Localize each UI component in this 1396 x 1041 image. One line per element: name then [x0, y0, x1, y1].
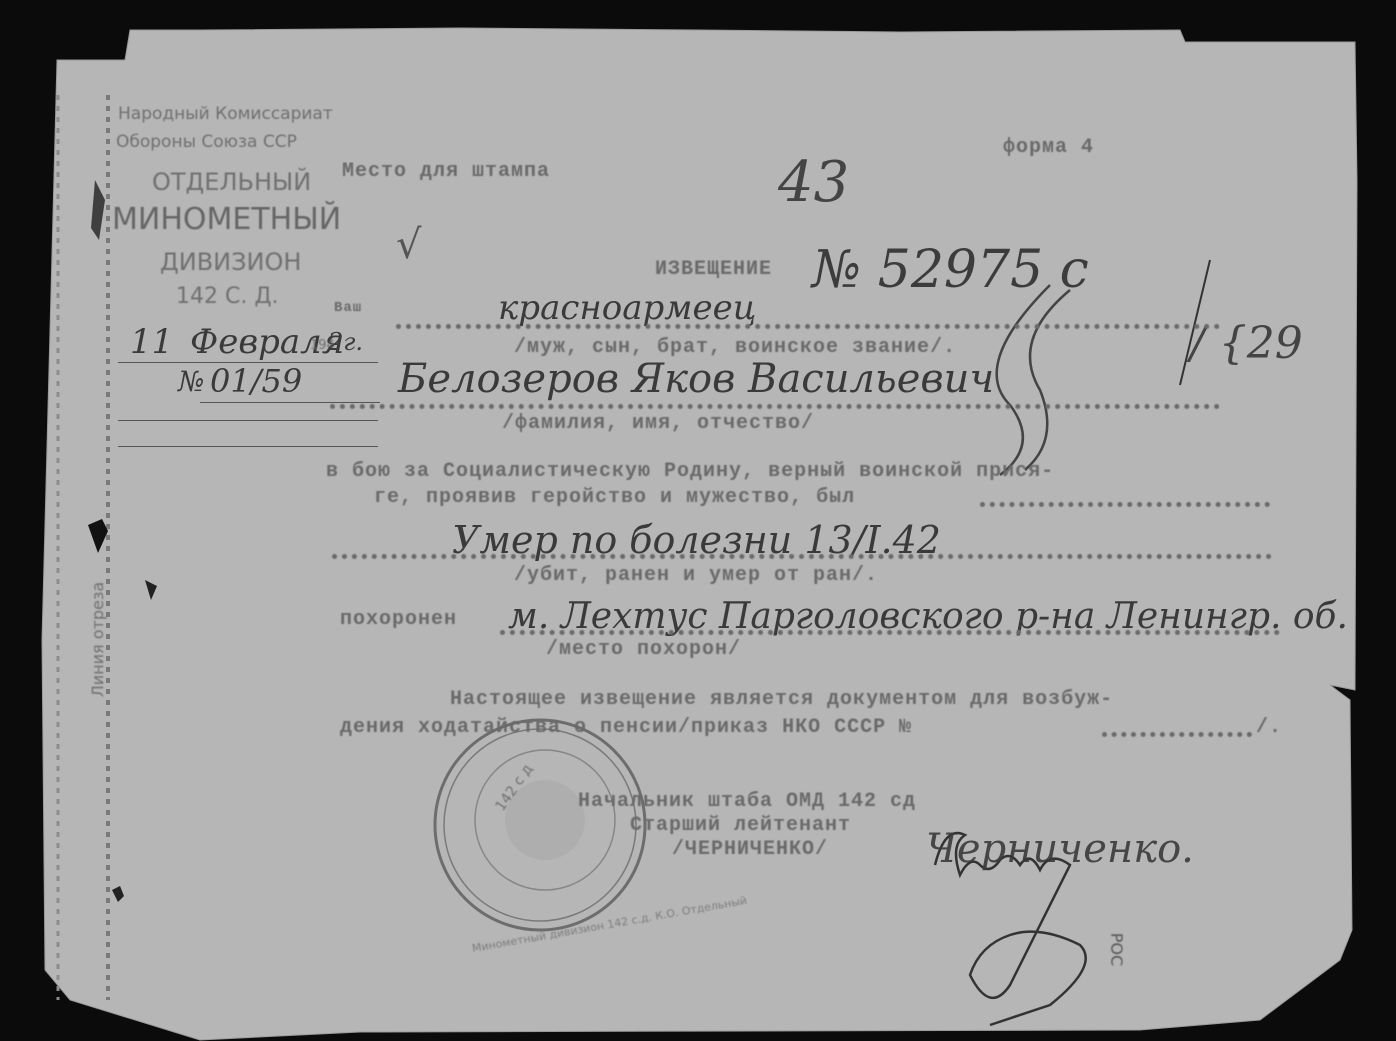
name-caption: /фамилия, имя, отчество/: [502, 412, 814, 435]
burial-caption: /место похорон/: [546, 638, 741, 661]
cause-dotted-line: [332, 550, 1272, 559]
order-number-dotted-line: [1102, 728, 1252, 737]
burial-dotted-line: [500, 626, 1280, 635]
notice-line-2: дения ходатайства о пенсии/приказ НКО СС…: [340, 716, 912, 739]
stamp-separate: ОТДЕЛЬНЫЙ: [152, 168, 311, 196]
stamp-defense: Обороны Союза ССР: [116, 132, 297, 152]
handwritten-top-number: 43: [778, 150, 849, 215]
margin-cut-line-text: Линия отреза: [88, 582, 107, 697]
body-line-1: в бою за Социалистическую Родину, верный…: [326, 460, 1054, 483]
stamp-place-label: Место для штампа: [342, 160, 550, 183]
notice-end: /.: [1256, 716, 1282, 739]
notice-line-1: Настоящее извещение является документом …: [450, 688, 1113, 711]
body-line-2: ге, проявив геройство и мужество, был: [374, 486, 855, 509]
issue-number: 01/59: [210, 362, 302, 400]
stamp-commissariat: Народный Комиссариат: [118, 104, 333, 124]
blank-line-2: [118, 446, 378, 447]
stamp-142sd: 142 С. Д.: [176, 284, 279, 309]
handwritten-check: √: [396, 222, 422, 268]
corner-stamp: РОС: [1107, 933, 1126, 966]
cause-caption: /убит, ранен и умер от ран/.: [514, 564, 878, 587]
rank-prefix: Ваш: [334, 300, 362, 316]
signer-title: Начальник штаба ОМД 142 сд: [578, 790, 916, 813]
signer-name: /ЧЕРНИЧЕНКО/: [672, 838, 828, 861]
signer-rank: Старший лейтенант: [630, 814, 851, 837]
full-name: Белозеров Яков Васильевич: [398, 356, 994, 402]
document-scan: Народный Комиссариат Обороны Союза ССР О…: [0, 0, 1396, 1041]
issue-day: 11: [130, 322, 173, 362]
name-dotted-line: [330, 400, 1220, 409]
stamp-mortar: МИНОМЕТНЫЙ: [112, 202, 341, 237]
stamp-division: ДИВИЗИОН: [160, 248, 301, 276]
issue-year: 2г.: [328, 328, 363, 356]
buried-label: похоронен: [340, 608, 457, 631]
archive-number: № 52975 с: [812, 240, 1089, 300]
blank-line-1: [118, 420, 378, 421]
signature: Черниченко.: [926, 826, 1194, 872]
body-dotted-line: [980, 498, 1270, 507]
form-label: форма 4: [1003, 136, 1094, 159]
rank-dotted-line: [396, 320, 1220, 329]
issue-number-prefix: №: [178, 365, 205, 398]
document-title: ИЗВЕЩЕНИЕ: [655, 258, 772, 281]
